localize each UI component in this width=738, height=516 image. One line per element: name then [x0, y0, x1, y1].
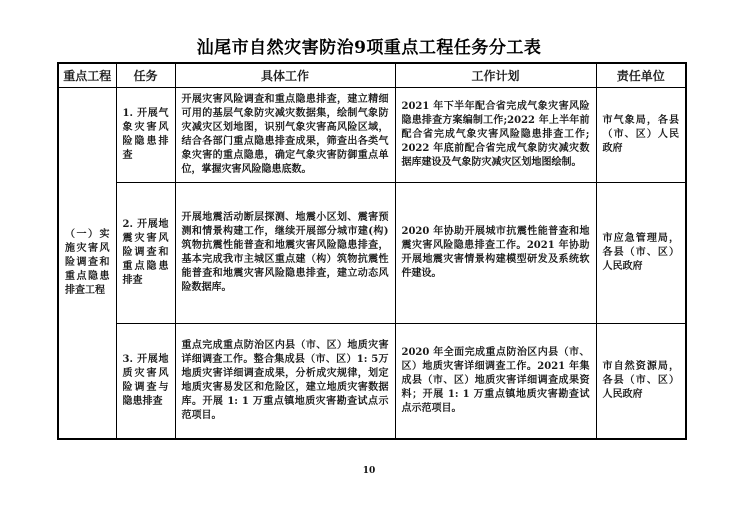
task-cell: 3. 开展地质灾害风险调查与隐患排查	[116, 324, 175, 439]
table-row: 2. 开展地震灾害风险调查和重点隐患排查 开展地震活动断层探测、地震小区划、震害…	[58, 183, 686, 324]
table-row: 3. 开展地质灾害风险调查与隐患排查 重点完成重点防治区内县（市、区）地质灾害详…	[58, 324, 686, 439]
page-number: 10	[0, 466, 738, 476]
header-key-project: 重点工程	[58, 63, 116, 88]
table-header-row: 重点工程 任务 具体工作 工作计划 责任单位	[58, 63, 686, 88]
plan-cell: 2021 年下半年配合省完成气象灾害风险隐患排查方案编制工作;2022 年上半年…	[395, 88, 596, 183]
task-cell: 1. 开展气象灾害风险隐患排查	[116, 88, 175, 183]
header-work-plan: 工作计划	[395, 63, 596, 88]
unit-cell: 市应急管理局，各县（市、区）人民政府	[596, 183, 686, 324]
unit-cell: 市自然资源局，各县（市、区）人民政府	[596, 324, 686, 439]
task-division-table: 重点工程 任务 具体工作 工作计划 责任单位 （一）实施灾害风险调查和重点隐患排…	[57, 62, 687, 440]
document-page: 汕尾市自然灾害防治9项重点工程任务分工表 重点工程 任务 具体工作 工作计划 责…	[0, 0, 738, 516]
work-cell: 开展地震活动断层探测、地震小区划、震害预测和情景构建工作，继续开展部分城市建(构…	[175, 183, 395, 324]
plan-cell: 2020 年协助开展城市抗震性能普查和地震灾害风险隐患排查工作。2021 年协助…	[395, 183, 596, 324]
project-cell: （一）实施灾害风险调查和重点隐患排查工程	[58, 88, 116, 439]
table-row: （一）实施灾害风险调查和重点隐患排查工程 1. 开展气象灾害风险隐患排查 开展灾…	[58, 88, 686, 183]
task-cell: 2. 开展地震灾害风险调查和重点隐患排查	[116, 183, 175, 324]
header-responsible-unit: 责任单位	[596, 63, 686, 88]
header-task: 任务	[116, 63, 175, 88]
work-cell: 重点完成重点防治区内县（市、区）地质灾害详细调查工作。整合集成县（市、区）1: …	[175, 324, 395, 439]
unit-cell: 市气象局，各县（市、区）人民政府	[596, 88, 686, 183]
header-specific-work: 具体工作	[175, 63, 395, 88]
plan-cell: 2020 年全面完成重点防治区内县（市、区）地质灾害详细调查工作。2021 年集…	[395, 324, 596, 439]
work-cell: 开展灾害风险调查和重点隐患排查，建立精细可用的基层气象防灾减灾数据集，绘制气象防…	[175, 88, 395, 183]
page-title: 汕尾市自然灾害防治9项重点工程任务分工表	[0, 33, 738, 58]
